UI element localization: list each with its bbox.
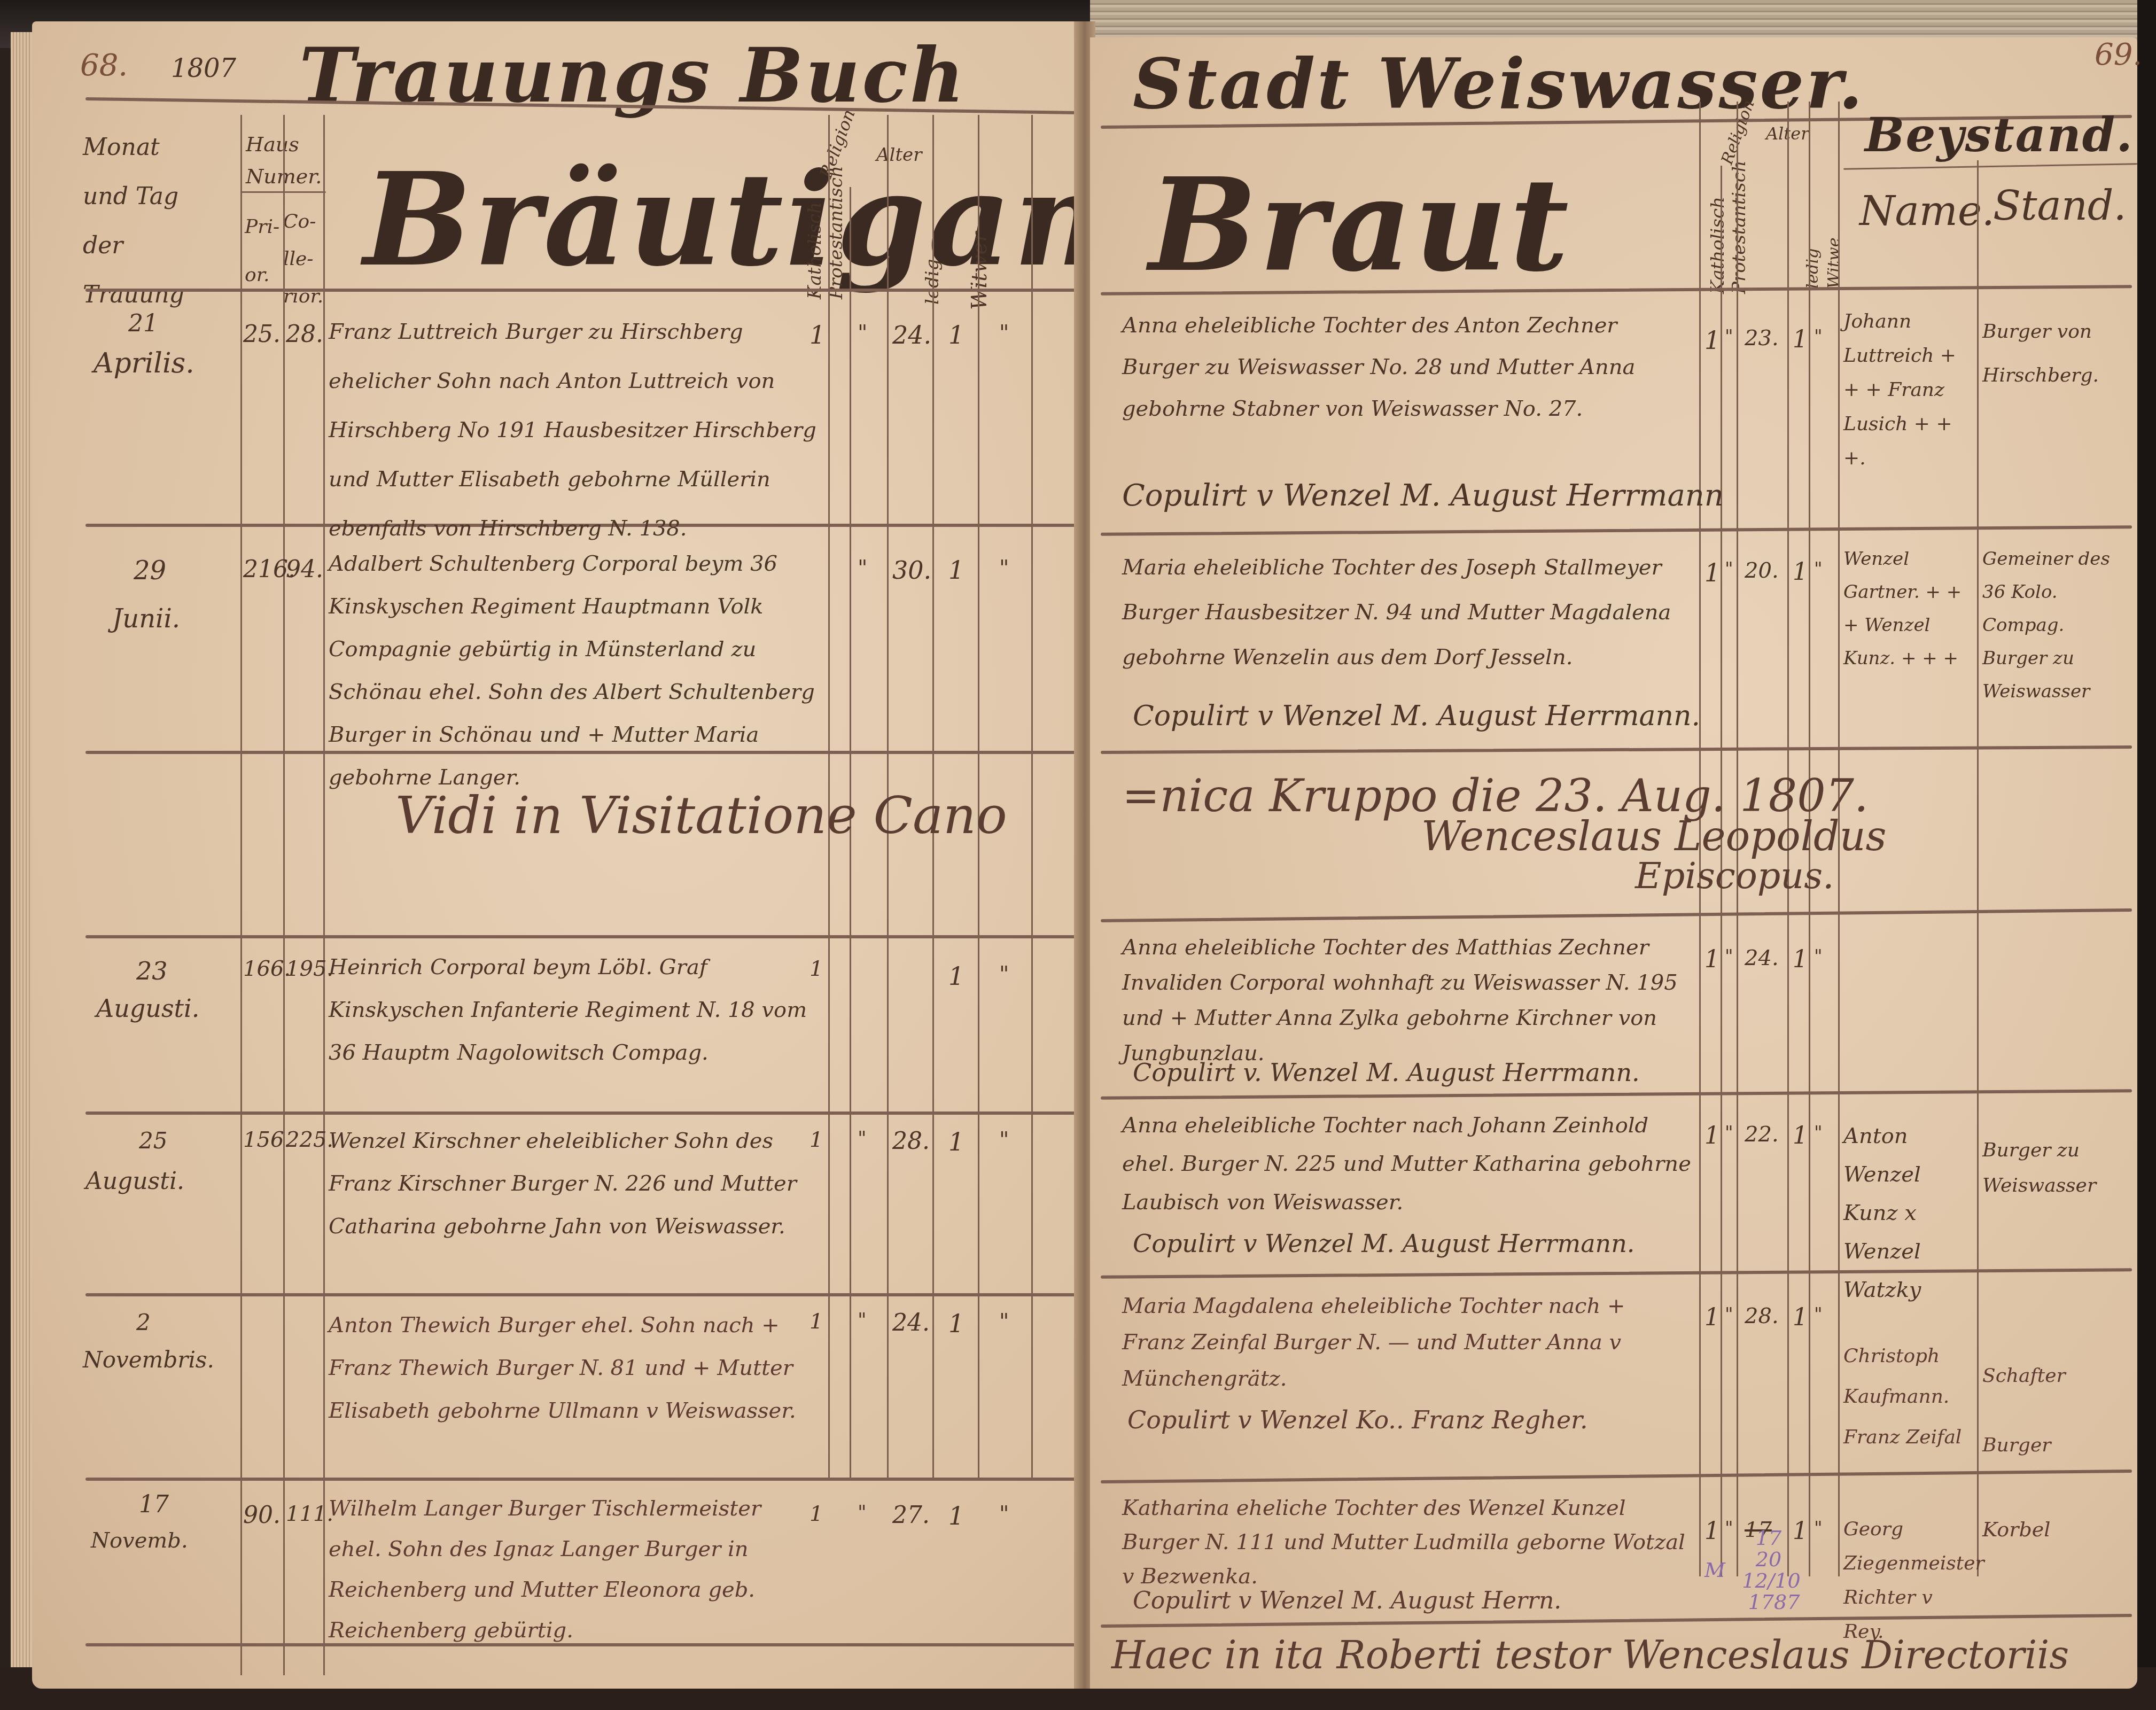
entry-day: 21 [128,310,158,337]
bride-catholic-mark: 1 [1704,326,1720,355]
bride-widow-mark: " [1814,558,1823,580]
entry-month: Augusti. [85,1168,184,1195]
groom-details: Anton Thewich Burger ehel. Sohn nach + F… [329,1304,820,1432]
stamp-line-4: 1787 [1742,1587,1806,1617]
groom-single-mark: 1 [948,962,964,991]
groom-heading: Bräutigam [363,144,1151,295]
page-number-left: 68. [80,48,128,83]
groom-details: Wilhelm Langer Burger Tischlermeister eh… [329,1488,820,1651]
catholic-header-bride: Katholisch [1707,197,1729,294]
bride-widow-mark: " [1814,1122,1823,1144]
widow-header-bride: Witwe [1825,238,1843,289]
groom-protestant-mark: " [858,321,867,345]
visitation-note-left: Vidi in Visitatione Cano [395,786,1007,845]
bride-single-mark: 1 [1793,946,1808,973]
groom-single-mark: 1 [948,321,964,349]
stamp-letter: M [1704,1555,1725,1585]
entry-month: Novemb. [91,1528,188,1553]
witness-status: Korbel [1982,1512,2127,1546]
row-rule [85,1111,1079,1115]
bride-widow-mark: " [1814,1518,1823,1539]
groom-details: Wenzel Kirschner eheleiblicher Sohn des … [329,1120,820,1248]
col-line [323,115,325,1675]
house-number-posterior: 94. [286,556,323,583]
entry-day: 17 [139,1491,169,1518]
row-rule [85,289,1079,292]
bishop-title: Episcopus. [1635,855,1834,897]
witnesses-header: Beystand. [1865,107,2134,162]
bride-single-mark: 1 [1793,326,1808,353]
bride-protestant-mark: " [1725,1518,1733,1539]
bride-single-mark: 1 [1793,1122,1808,1149]
witness-name: Johann Luttreich + + + Franz Lusich + + … [1843,305,1972,476]
groom-catholic-mark: 1 [810,321,825,349]
house-number-posterior: 28. [286,321,323,348]
catholic-header-groom: Katholisch [804,202,826,299]
groom-catholic-mark: " [858,556,867,580]
groom-protestant-mark: " [858,1128,867,1149]
row-rule [85,935,1079,938]
house-number-posterior: 195. [286,957,333,981]
col-line [1031,115,1033,1478]
house-number-posterior: 225. [286,1128,333,1152]
entry-day: 23 [136,957,168,985]
witness-name: Georg Ziegenmeister Richter v Rey. [1843,1512,1972,1649]
bride-catholic-mark: 1 [1704,1518,1719,1545]
entry-month: Augusti. [96,994,199,1023]
groom-details: Heinrich Corporal beym Löbl. Graf Kinsky… [329,946,820,1074]
age-header-bride: Alter [1766,123,1798,144]
groom-single-mark: 1 [948,1502,964,1530]
right-page: Stadt Weiswasser. 69. Braut Religion Kat… [1090,37,2137,1689]
bride-protestant-mark: " [1725,1122,1733,1144]
groom-age: 28. [892,1128,930,1155]
bride-age: 22. [1745,1122,1779,1147]
bride-catholic-mark: 1 [1704,1122,1719,1149]
bride-details: Anna eheleibliche Tochter nach Johann Ze… [1122,1106,1694,1222]
groom-catholic-mark: 1 [810,957,823,981]
groom-single-mark: 1 [948,556,964,585]
bride-catholic-mark: 1 [1704,1304,1719,1331]
row-rule [1101,1614,2132,1628]
house-number-prior: 90. [243,1502,281,1529]
bride-protestant-mark: " [1725,946,1733,967]
col-line [283,115,285,1675]
row-rule [85,1293,1079,1296]
groom-age: 30. [892,556,931,585]
witness-status-header: Stand. [1993,182,2127,229]
witness-name: Christoph Kaufmann. Franz Zeifal [1843,1336,1972,1458]
groom-protestant-mark: " [858,1502,867,1524]
bride-widow-mark: " [1814,326,1823,347]
bride-age: 20. [1745,558,1779,583]
bride-widow-mark: " [1814,946,1823,967]
witness-name-header: Name. [1859,187,1995,235]
groom-widower-mark: " [999,1128,1009,1152]
groom-catholic-mark: 1 [810,1128,823,1152]
age-header-groom: Alter [876,144,908,166]
groom-widower-mark: " [999,556,1009,580]
groom-details: Franz Luttreich Burger zu Hirschberg ehe… [329,307,820,553]
bride-protestant-mark: " [1725,1304,1733,1325]
bride-age: 28. [1745,1304,1779,1328]
bride-protestant-mark: " [1725,326,1733,347]
year-label: 1807 [171,53,236,83]
witness-subrule [1843,163,2137,170]
footer-note: Haec in ita Roberti testor Wenceslaus Di… [1111,1633,2069,1677]
left-page: 68. 1807 Trauungs Buch Monat und Tag der… [32,21,1085,1689]
bride-protestant-mark: " [1725,558,1733,580]
groom-widower-mark: " [999,321,1009,345]
bride-details: Katharina eheliche Tochter des Wenzel Ku… [1122,1491,1694,1594]
groom-protestant-mark: " [858,1309,867,1331]
bride-details: Maria eheleibliche Tochter des Joseph St… [1122,545,1694,680]
groom-details: Adalbert Schultenberg Corporal beym 36 K… [329,542,820,799]
col-line [1977,160,1979,1576]
bride-details: Anna eheleibliche Tochter des Anton Zech… [1122,305,1694,430]
bride-catholic-mark: 1 [1704,558,1720,587]
witness-name: Wenzel Gartner. + + + Wenzel Kunz. + + + [1843,542,1972,675]
col-line [240,115,242,1675]
house-number-prior: 156. [243,1128,291,1152]
bride-single-mark: 1 [1793,558,1808,586]
single-header-bride: ledig [1803,248,1822,289]
copulation-note: Copulirt v Wenzel M. August Herrn. [1133,1587,1561,1614]
groom-single-mark: 1 [948,1309,964,1338]
witness-status: Schafter Burger [1982,1341,2127,1480]
bride-single-mark: 1 [1793,1304,1808,1331]
bride-age: 23. [1745,326,1779,351]
entry-month: Aprilis. [94,347,194,379]
witness-status: Gemeiner des 36 Kolo. Compag. Burger zu … [1982,542,2127,708]
groom-single-mark: 1 [948,1128,964,1156]
bishop-signature: Wenceslaus Leopoldus [1421,812,1887,860]
widower-header-groom: Witwer [967,232,992,310]
entry-month: Junii. [112,604,180,634]
bride-details: Maria Magdalena eheleibliche Tochter nac… [1122,1288,1694,1397]
witness-status: Burger von Hirschberg. [1982,310,2127,398]
bride-details: Anna eheleibliche Tochter des Matthias Z… [1122,930,1694,1071]
entry-day: 25 [139,1128,167,1154]
house-number-prior: 25. [243,321,281,348]
groom-age: 24. [892,1309,930,1336]
copulation-note: Copulirt v Wenzel M. August Herrmann. [1133,700,1700,732]
groom-widower-mark: " [999,962,1009,986]
groom-age: 27. [892,1502,930,1529]
house-prior-header: Pri- or. [245,203,277,299]
row-rule [85,1478,1079,1481]
bride-age: 24. [1745,946,1779,970]
witness-name: Anton Wenzel Kunz x Wenzel Watzky [1843,1117,1972,1309]
house-posterior-header: Co- lle- rior. [283,203,321,315]
copulation-note: Copulirt v Wenzel Ko.. Franz Regher. [1127,1405,1588,1434]
groom-age: 24. [892,321,931,349]
copulation-note: Copulirt v. Wenzel M. August Herrmann. [1133,1058,1640,1087]
groom-widower-mark: " [999,1309,1009,1334]
entry-day: 2 [136,1309,151,1335]
entry-day: 29 [134,556,166,586]
copulation-note: Copulirt v Wenzel M. August Herrmann. [1133,1229,1634,1258]
house-number-posterior: 111. [286,1502,333,1526]
house-number-prior: 166. [243,957,291,981]
groom-widower-mark: " [999,1502,1009,1526]
copulation-note: Copulirt v Wenzel M. August Herrmann [1122,478,1724,513]
bride-catholic-mark: 1 [1704,946,1719,973]
bride-widow-mark: " [1814,1304,1823,1325]
bride-heading: Braut [1149,150,1571,300]
protestant-header-bride: Protestantisch [1729,160,1750,294]
groom-catholic-mark: 1 [810,1502,823,1526]
entry-month: Novembris. [83,1347,214,1373]
book-cover-right [2137,0,2156,1710]
groom-catholic-mark: 1 [810,1309,823,1334]
witness-status: Burger zu Weiswasser [1982,1133,2127,1203]
page-number-right: 69. [2095,37,2142,72]
